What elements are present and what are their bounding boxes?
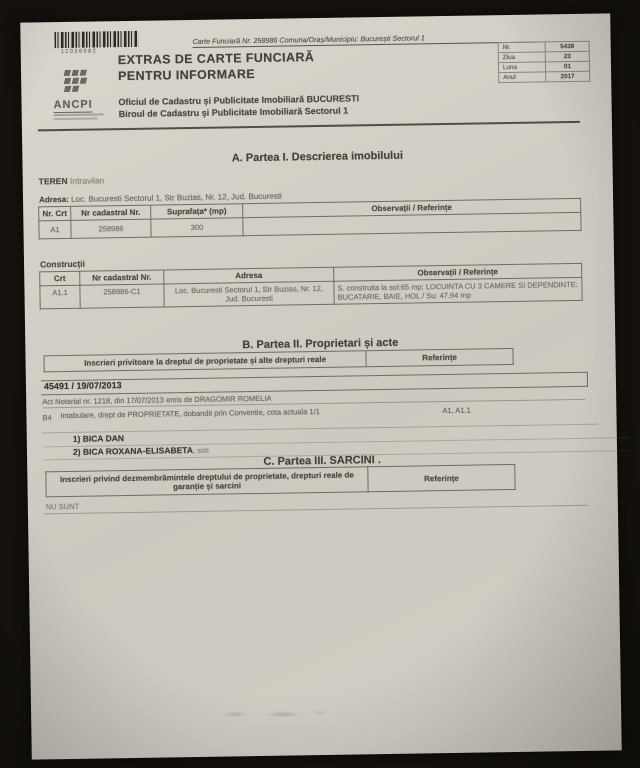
- b4-reference: A1, A1.1: [442, 406, 470, 415]
- constructii-label: Construcții: [40, 259, 85, 270]
- bleed-through-smudge: [211, 706, 331, 722]
- teren-label: TEREN: [39, 176, 68, 186]
- column-header: Nr. Crt: [39, 206, 71, 221]
- section-c-header-row: Inscrieri privind dezmembrămintele drept…: [46, 464, 515, 496]
- owner-name: 2) BICA ROXANA-ELISABETA: [73, 445, 193, 457]
- registration-value: 5438: [545, 41, 589, 52]
- cell-nr-crt: A1: [39, 220, 71, 239]
- address-label: Adresa:: [39, 195, 69, 204]
- cell-adresa: Loc. Bucuresti Sectorul 1, Str Buzias, N…: [164, 281, 334, 307]
- teren-line: TEREN Intravilan: [39, 175, 105, 186]
- cell-observatii: S. construita la sol:65 mp; LOCUINTA CU …: [334, 277, 582, 304]
- column-header: Nr cadastral Nr.: [71, 205, 151, 220]
- cell-nr-cadastral: 258986: [71, 219, 151, 238]
- registration-value: 01: [545, 61, 589, 72]
- column-header: Crt: [40, 271, 80, 286]
- column-header: Inscrieri privitoare la dreptul de propr…: [44, 351, 366, 372]
- column-header: Inscrieri privind dezmembrămintele drept…: [46, 467, 368, 497]
- barcode: [54, 31, 138, 48]
- column-header: Referințe: [366, 348, 513, 366]
- carte-funciara-reference: Carte Funciară Nr. 258986 Comuna/Oraș/Mu…: [192, 32, 540, 48]
- address-value: Loc. Bucuresti Sectorul 1, Str Buzias, N…: [71, 192, 282, 204]
- registration-row: Anul 2017: [499, 71, 590, 82]
- ancpi-logo-text: ANCPI: [53, 99, 92, 114]
- section-a-title: A. Partea I. Descrierea imobilului: [22, 146, 612, 167]
- teren-table: Nr. Crt Nr cadastral Nr. Suprafața* (mp)…: [38, 198, 581, 240]
- constructii-table: Crt Nr cadastral Nr. Adresa Observații /…: [39, 263, 583, 310]
- ancpi-logo-subtext-line: [54, 117, 98, 120]
- column-header: Nr cadastral Nr.: [80, 270, 164, 285]
- ancpi-logo-subtext-line: [54, 113, 104, 116]
- registration-date-box: Nr. 5438 Ziua 23 Luna 01 Anul 2017: [498, 41, 591, 83]
- registration-label: Anul: [499, 72, 546, 83]
- b4-position: B4: [42, 413, 51, 422]
- cell-nr-cadastral: 258986-C1: [80, 284, 164, 308]
- owner-suffix: , soti: [193, 446, 209, 455]
- document-page: 12036582 Carte Funciară Nr. 258986 Comun…: [20, 13, 622, 759]
- barcode-number: 12036582: [61, 48, 98, 55]
- document-title-line2: PENTRU INFORMARE: [118, 67, 255, 83]
- cell-crt: A1.1: [40, 285, 80, 309]
- registration-value: 2017: [546, 71, 590, 82]
- column-header: Suprafața* (mp): [151, 204, 243, 219]
- photo-background: 12036582 Carte Funciară Nr. 258986 Comun…: [0, 0, 640, 768]
- registration-value: 23: [545, 51, 589, 62]
- office-line2: Biroul de Cadastru și Publicitate Imobil…: [119, 106, 349, 120]
- cell-suprafata: 300: [151, 218, 243, 237]
- teren-value: Intravilan: [70, 175, 105, 186]
- column-header: Referințe: [368, 464, 515, 491]
- ancpi-flag-icon: [55, 69, 97, 101]
- header-divider: [38, 121, 580, 132]
- owner-name: 1) BICA DAN: [73, 433, 124, 444]
- b4-text: Intabulare, drept de PROPRIETATE, doband…: [60, 406, 390, 421]
- document-title-line1: EXTRAS DE CARTE FUNCIARĂ: [118, 50, 315, 67]
